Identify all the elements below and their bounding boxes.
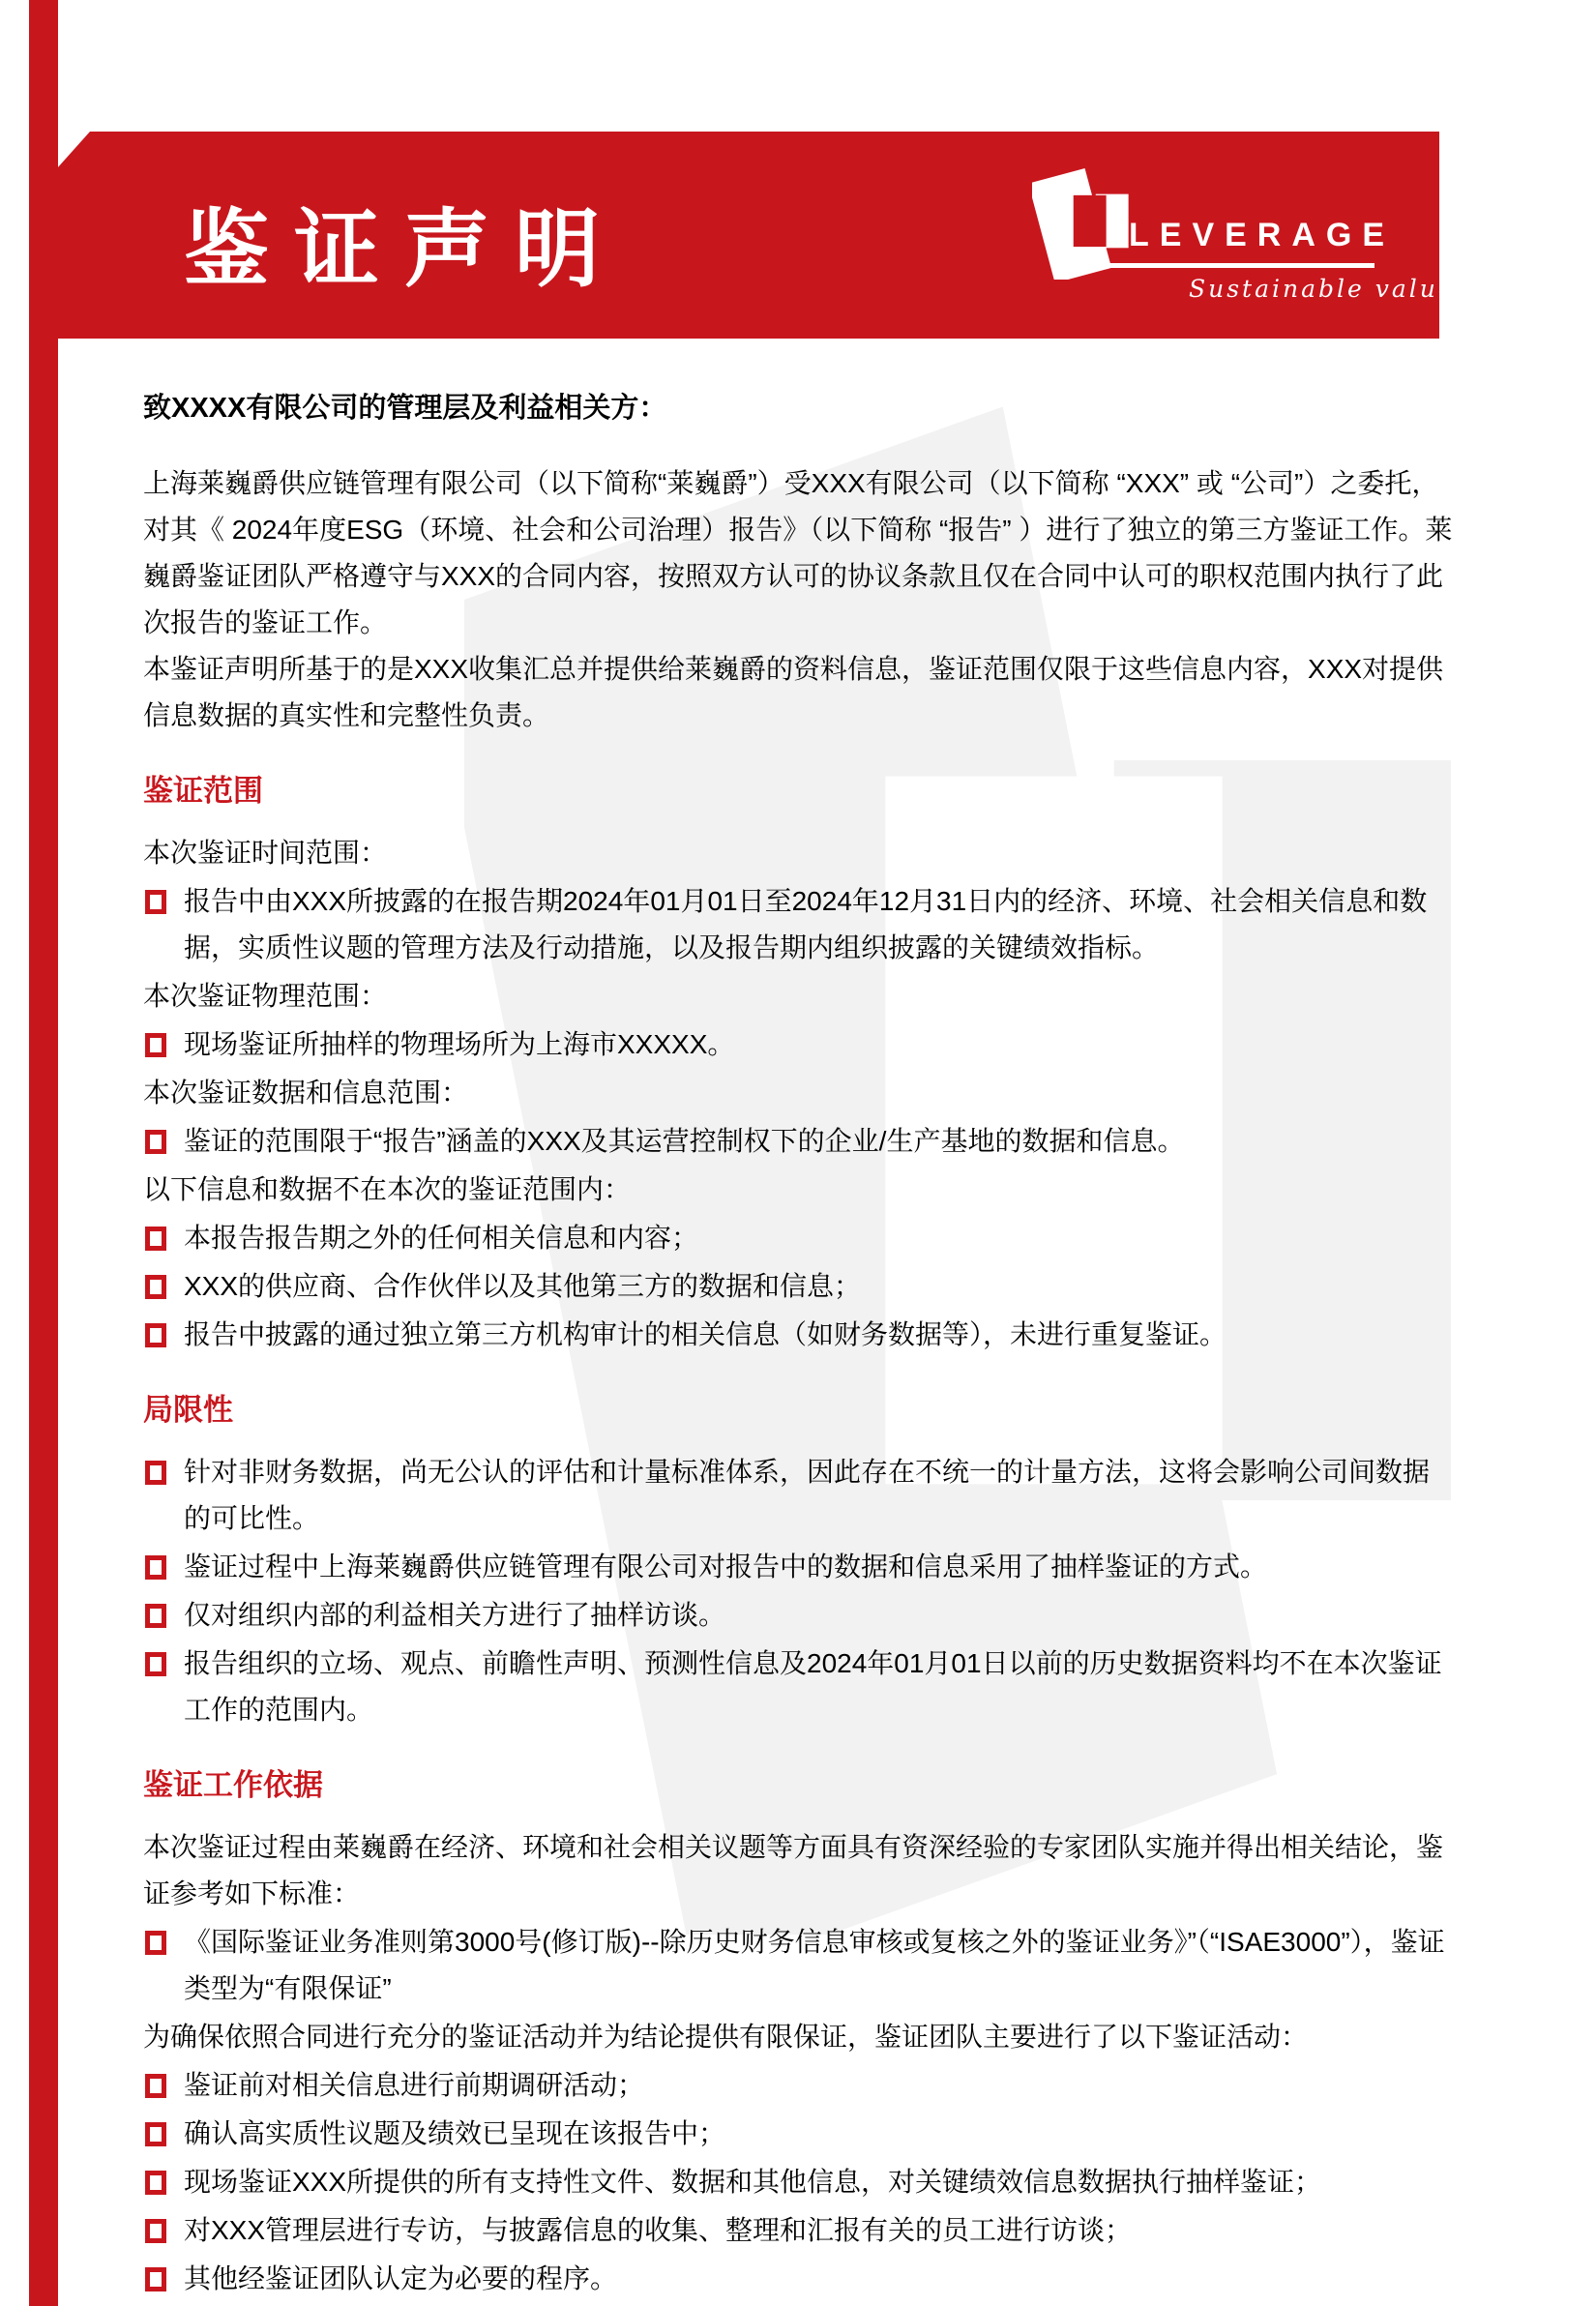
list-item-text: 其他经鉴证团队认定为必要的程序。 <box>184 2256 1456 2302</box>
list-item: 鉴证前对相关信息进行前期调研活动； <box>143 2062 1456 2109</box>
square-bullet-icon <box>145 1323 166 1347</box>
square-bullet-icon <box>145 1275 166 1299</box>
logo-wordmark: LEVERAGE <box>1129 217 1395 254</box>
list-item: 其他经鉴证团队认定为必要的程序。 <box>143 2256 1456 2302</box>
scope-time-label: 本次鉴证时间范围： <box>143 830 1456 876</box>
list-item-text: 鉴证前对相关信息进行前期调研活动； <box>184 2062 1456 2109</box>
assurance-statement-page: 鉴证声明 LEVERAGE Sustainable values 致XXXX有限… <box>0 0 1596 2306</box>
basis-intro-paragraph: 本次鉴证过程由莱巍爵在经济、环境和社会相关议题等方面具有资深经验的专家团队实施并… <box>143 1824 1456 1917</box>
list-item-text: 鉴证过程中上海莱巍爵供应链管理有限公司对报告中的数据和信息采用了抽样鉴证的方式。 <box>184 1544 1456 1590</box>
list-item-text: 现场鉴证所抽样的物理场所为上海市XXXXX。 <box>184 1021 1456 1068</box>
list-item: 鉴证的范围限于“报告”涵盖的XXX及其运营控制权下的企业/生产基地的数据和信息。 <box>143 1118 1456 1165</box>
list-item: 仅对组织内部的利益相关方进行了抽样访谈。 <box>143 1592 1456 1639</box>
list-item: 现场鉴证XXX所提供的所有支持性文件、数据和其他信息，对关键绩效信息数据执行抽样… <box>143 2159 1456 2205</box>
left-accent-bar <box>29 0 58 2306</box>
scope-physical-label: 本次鉴证物理范围： <box>143 973 1456 1020</box>
list-item-text: 《国际鉴证业务准则第3000号(修订版)--除历史财务信息审核或复核之外的鉴证业… <box>184 1919 1456 2012</box>
list-item: 现场鉴证所抽样的物理场所为上海市XXXXX。 <box>143 1021 1456 1068</box>
leverage-logo: LEVERAGE Sustainable values <box>1024 161 1431 325</box>
section-heading-scope: 鉴证范围 <box>143 768 1456 814</box>
list-item: 本报告报告期之外的任何相关信息和内容； <box>143 1215 1456 1261</box>
square-bullet-icon <box>145 2219 166 2243</box>
square-bullet-icon <box>145 1931 166 1955</box>
list-item: 报告中由XXX所披露的在报告期2024年01月01日至2024年12月31日内的… <box>143 878 1456 971</box>
list-item-text: 确认高实质性议题及绩效已呈现在该报告中； <box>184 2111 1456 2157</box>
list-item: 报告组织的立场、观点、前瞻性声明、预测性信息及2024年01月01日以前的历史数… <box>143 1641 1456 1733</box>
square-bullet-icon <box>145 2074 166 2098</box>
intro-paragraph-1: 上海莱巍爵供应链管理有限公司（以下简称“莱巍爵”）受XXX有限公司（以下简称 “… <box>143 460 1456 646</box>
list-item-text: 对XXX管理层进行专访，与披露信息的收集、整理和汇报有关的员工进行访谈； <box>184 2207 1456 2254</box>
scope-data-label: 本次鉴证数据和信息范围： <box>143 1070 1456 1116</box>
page-title: 鉴证声明 <box>184 182 625 304</box>
section-heading-limitations: 局限性 <box>143 1387 1456 1434</box>
square-bullet-icon <box>145 1652 166 1676</box>
list-item: 对XXX管理层进行专访，与披露信息的收集、整理和汇报有关的员工进行访谈； <box>143 2207 1456 2254</box>
intro-paragraph-2: 本鉴证声明所基于的是XXX收集汇总并提供给莱巍爵的资料信息，鉴证范围仅限于这些信… <box>143 646 1456 739</box>
list-item-text: 本报告报告期之外的任何相关信息和内容； <box>184 1215 1456 1261</box>
square-bullet-icon <box>145 1555 166 1580</box>
list-item: 针对非财务数据，尚无公认的评估和计量标准体系，因此存在不统一的计量方法，这将会影… <box>143 1449 1456 1542</box>
logo-tagline: Sustainable values <box>1189 275 1471 303</box>
logo-underline <box>1051 263 1374 268</box>
square-bullet-icon <box>145 2267 166 2291</box>
list-item-text: XXX的供应商、合作伙伴以及其他第三方的数据和信息； <box>184 1263 1456 1310</box>
list-item-text: 报告组织的立场、观点、前瞻性声明、预测性信息及2024年01月01日以前的历史数… <box>184 1641 1456 1733</box>
salutation-heading: 致XXXX有限公司的管理层及利益相关方： <box>143 385 1456 431</box>
list-item-text: 仅对组织内部的利益相关方进行了抽样访谈。 <box>184 1592 1456 1639</box>
list-item: 确认高实质性议题及绩效已呈现在该报告中； <box>143 2111 1456 2157</box>
basis-activities-intro: 为确保依照合同进行充分的鉴证活动并为结论提供有限保证，鉴证团队主要进行了以下鉴证… <box>143 2014 1456 2060</box>
list-item-text: 报告中由XXX所披露的在报告期2024年01月01日至2024年12月31日内的… <box>184 878 1456 971</box>
list-item: 《国际鉴证业务准则第3000号(修订版)--除历史财务信息审核或复核之外的鉴证业… <box>143 1919 1456 2012</box>
section-heading-basis: 鉴证工作依据 <box>143 1762 1456 1809</box>
list-item: 报告中披露的通过独立第三方机构审计的相关信息（如财务数据等），未进行重复鉴证。 <box>143 1312 1456 1358</box>
square-bullet-icon <box>145 1461 166 1485</box>
square-bullet-icon <box>145 1033 166 1057</box>
header-banner: 鉴证声明 LEVERAGE Sustainable values <box>57 132 1439 339</box>
list-item-text: 针对非财务数据，尚无公认的评估和计量标准体系，因此存在不统一的计量方法，这将会影… <box>184 1449 1456 1542</box>
square-bullet-icon <box>145 1130 166 1154</box>
square-bullet-icon <box>145 890 166 914</box>
square-bullet-icon <box>145 1604 166 1628</box>
list-item-text: 鉴证的范围限于“报告”涵盖的XXX及其运营控制权下的企业/生产基地的数据和信息。 <box>184 1118 1456 1165</box>
list-item: 鉴证过程中上海莱巍爵供应链管理有限公司对报告中的数据和信息采用了抽样鉴证的方式。 <box>143 1544 1456 1590</box>
document-body: 致XXXX有限公司的管理层及利益相关方： 上海莱巍爵供应链管理有限公司（以下简称… <box>143 385 1456 2304</box>
list-item: XXX的供应商、合作伙伴以及其他第三方的数据和信息； <box>143 1263 1456 1310</box>
list-item-text: 现场鉴证XXX所提供的所有支持性文件、数据和其他信息，对关键绩效信息数据执行抽样… <box>184 2159 1456 2205</box>
square-bullet-icon <box>145 2122 166 2146</box>
list-item-text: 报告中披露的通过独立第三方机构审计的相关信息（如财务数据等），未进行重复鉴证。 <box>184 1312 1456 1358</box>
scope-exclusion-label: 以下信息和数据不在本次的鉴证范围内： <box>143 1167 1456 1213</box>
square-bullet-icon <box>145 1227 166 1251</box>
square-bullet-icon <box>145 2171 166 2195</box>
